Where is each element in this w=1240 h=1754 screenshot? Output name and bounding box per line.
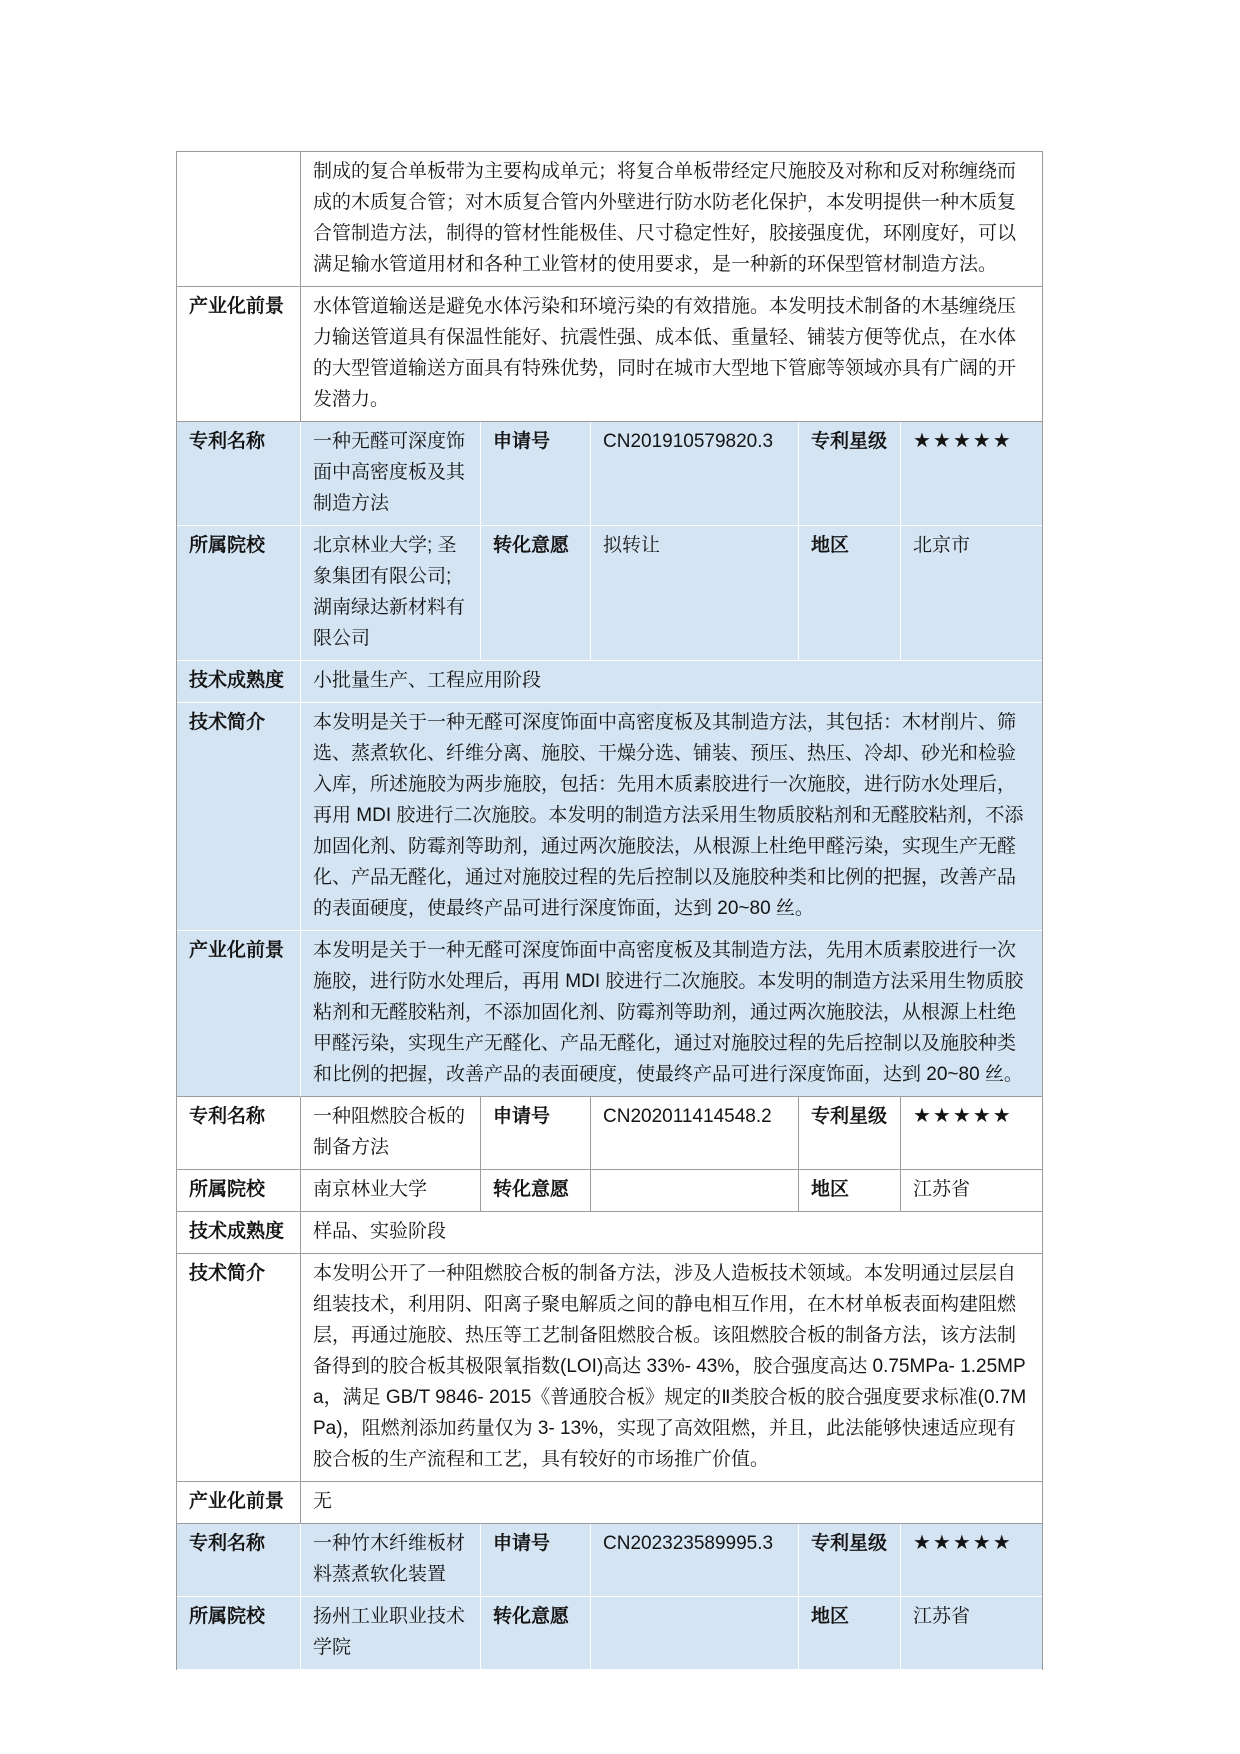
patent-table-container: 制成的复合单板带为主要构成单元；将复合单板带经定尺施胶及对称和反对称缠绕而成的木… (176, 151, 1043, 1670)
application-number: CN201910579820.3 (591, 422, 799, 526)
patent-name: 一种竹木纤维板材料蒸煮软化装置 (301, 1524, 481, 1597)
page: 制成的复合单板带为主要构成单元；将复合单板带经定尺施胶及对称和反对称缠绕而成的木… (0, 0, 1240, 1754)
patent-name-label: 专利名称 (177, 1097, 301, 1170)
field-label (177, 152, 301, 287)
school-name: 南京林业大学 (301, 1170, 481, 1212)
transfer-intent-label: 转化意愿 (481, 1597, 591, 1670)
industrialization-prospect-label: 产业化前景 (177, 931, 301, 1097)
tech-intro-label: 技术简介 (177, 703, 301, 931)
industrialization-prospect-label: 产业化前景 (177, 287, 301, 422)
industrialization-prospect-label: 产业化前景 (177, 1482, 301, 1524)
industrialization-prospect-text: 本发明是关于一种无醛可深度饰面中高密度板及其制造方法，先用木质素胶进行一次施胶，… (301, 931, 1042, 1097)
tech-intro-text: 本发明公开了一种阻燃胶合板的制备方法，涉及人造板技术领域。本发明通过层层自组装技… (301, 1254, 1042, 1482)
table-row: 技术成熟度 小批量生产、工程应用阶段 (177, 661, 1042, 703)
region-label: 地区 (799, 526, 901, 661)
application-number-label: 申请号 (481, 422, 591, 526)
maturity-text: 样品、实验阶段 (301, 1212, 1042, 1254)
maturity-text: 小批量生产、工程应用阶段 (301, 661, 1042, 703)
school-label: 所属院校 (177, 1597, 301, 1670)
table-row: 专利名称 一种阻燃胶合板的制备方法 申请号 CN202011414548.2 专… (177, 1097, 1042, 1170)
industrialization-prospect-text: 水体管道输送是避免水体污染和环境污染的有效措施。本发明技术制备的木基缠绕压力输送… (301, 287, 1042, 422)
school-name: 北京林业大学; 圣象集团有限公司; 湖南绿达新材料有限公司 (301, 526, 481, 661)
tech-intro-text: 本发明是关于一种无醛可深度饰面中高密度板及其制造方法，其包括：木材削片、筛选、蒸… (301, 703, 1042, 931)
region-label: 地区 (799, 1170, 901, 1212)
table-row: 产业化前景 无 (177, 1482, 1042, 1524)
table-row: 技术简介 本发明是关于一种无醛可深度饰面中高密度板及其制造方法，其包括：木材削片… (177, 703, 1042, 931)
school-name: 扬州工业职业技术学院 (301, 1597, 481, 1670)
transfer-intent-label: 转化意愿 (481, 1170, 591, 1212)
patent-name-label: 专利名称 (177, 1524, 301, 1597)
table-row: 产业化前景 本发明是关于一种无醛可深度饰面中高密度板及其制造方法，先用木质素胶进… (177, 931, 1042, 1097)
school-label: 所属院校 (177, 1170, 301, 1212)
patent-name: 一种无醛可深度饰面中高密度板及其制造方法 (301, 422, 481, 526)
table-row: 技术简介 本发明公开了一种阻燃胶合板的制备方法，涉及人造板技术领域。本发明通过层… (177, 1254, 1042, 1482)
star-rating-label: 专利星级 (799, 1097, 901, 1170)
region: 江苏省 (901, 1597, 1042, 1670)
patent-name: 一种阻燃胶合板的制备方法 (301, 1097, 481, 1170)
maturity-label: 技术成熟度 (177, 1212, 301, 1254)
industrialization-prospect-text: 无 (301, 1482, 1042, 1524)
patent-table: 制成的复合单板带为主要构成单元；将复合单板带经定尺施胶及对称和反对称缠绕而成的木… (177, 152, 1042, 1670)
table-row: 专利名称 一种无醛可深度饰面中高密度板及其制造方法 申请号 CN20191057… (177, 422, 1042, 526)
transfer-intent-label: 转化意愿 (481, 526, 591, 661)
application-number: CN202323589995.3 (591, 1524, 799, 1597)
star-rating: ★★★★★ (901, 1097, 1042, 1170)
table-row: 所属院校 扬州工业职业技术学院 转化意愿 地区 江苏省 (177, 1597, 1042, 1670)
star-rating-label: 专利星级 (799, 1524, 901, 1597)
application-number-label: 申请号 (481, 1097, 591, 1170)
transfer-intent (591, 1170, 799, 1212)
school-label: 所属院校 (177, 526, 301, 661)
tech-intro-label: 技术简介 (177, 1254, 301, 1482)
table-row: 专利名称 一种竹木纤维板材料蒸煮软化装置 申请号 CN202323589995.… (177, 1524, 1042, 1597)
patent-name-label: 专利名称 (177, 422, 301, 526)
table-row: 制成的复合单板带为主要构成单元；将复合单板带经定尺施胶及对称和反对称缠绕而成的木… (177, 152, 1042, 287)
table-row: 所属院校 南京林业大学 转化意愿 地区 江苏省 (177, 1170, 1042, 1212)
region: 江苏省 (901, 1170, 1042, 1212)
application-number-label: 申请号 (481, 1524, 591, 1597)
maturity-label: 技术成熟度 (177, 661, 301, 703)
table-row: 产业化前景 水体管道输送是避免水体污染和环境污染的有效措施。本发明技术制备的木基… (177, 287, 1042, 422)
transfer-intent (591, 1597, 799, 1670)
region: 北京市 (901, 526, 1042, 661)
transfer-intent: 拟转让 (591, 526, 799, 661)
table-row: 技术成熟度 样品、实验阶段 (177, 1212, 1042, 1254)
table-row: 所属院校 北京林业大学; 圣象集团有限公司; 湖南绿达新材料有限公司 转化意愿 … (177, 526, 1042, 661)
region-label: 地区 (799, 1597, 901, 1670)
star-rating: ★★★★★ (901, 1524, 1042, 1597)
tech-intro-continuation-text: 制成的复合单板带为主要构成单元；将复合单板带经定尺施胶及对称和反对称缠绕而成的木… (301, 152, 1042, 287)
star-rating-label: 专利星级 (799, 422, 901, 526)
application-number: CN202011414548.2 (591, 1097, 799, 1170)
star-rating: ★★★★★ (901, 422, 1042, 526)
